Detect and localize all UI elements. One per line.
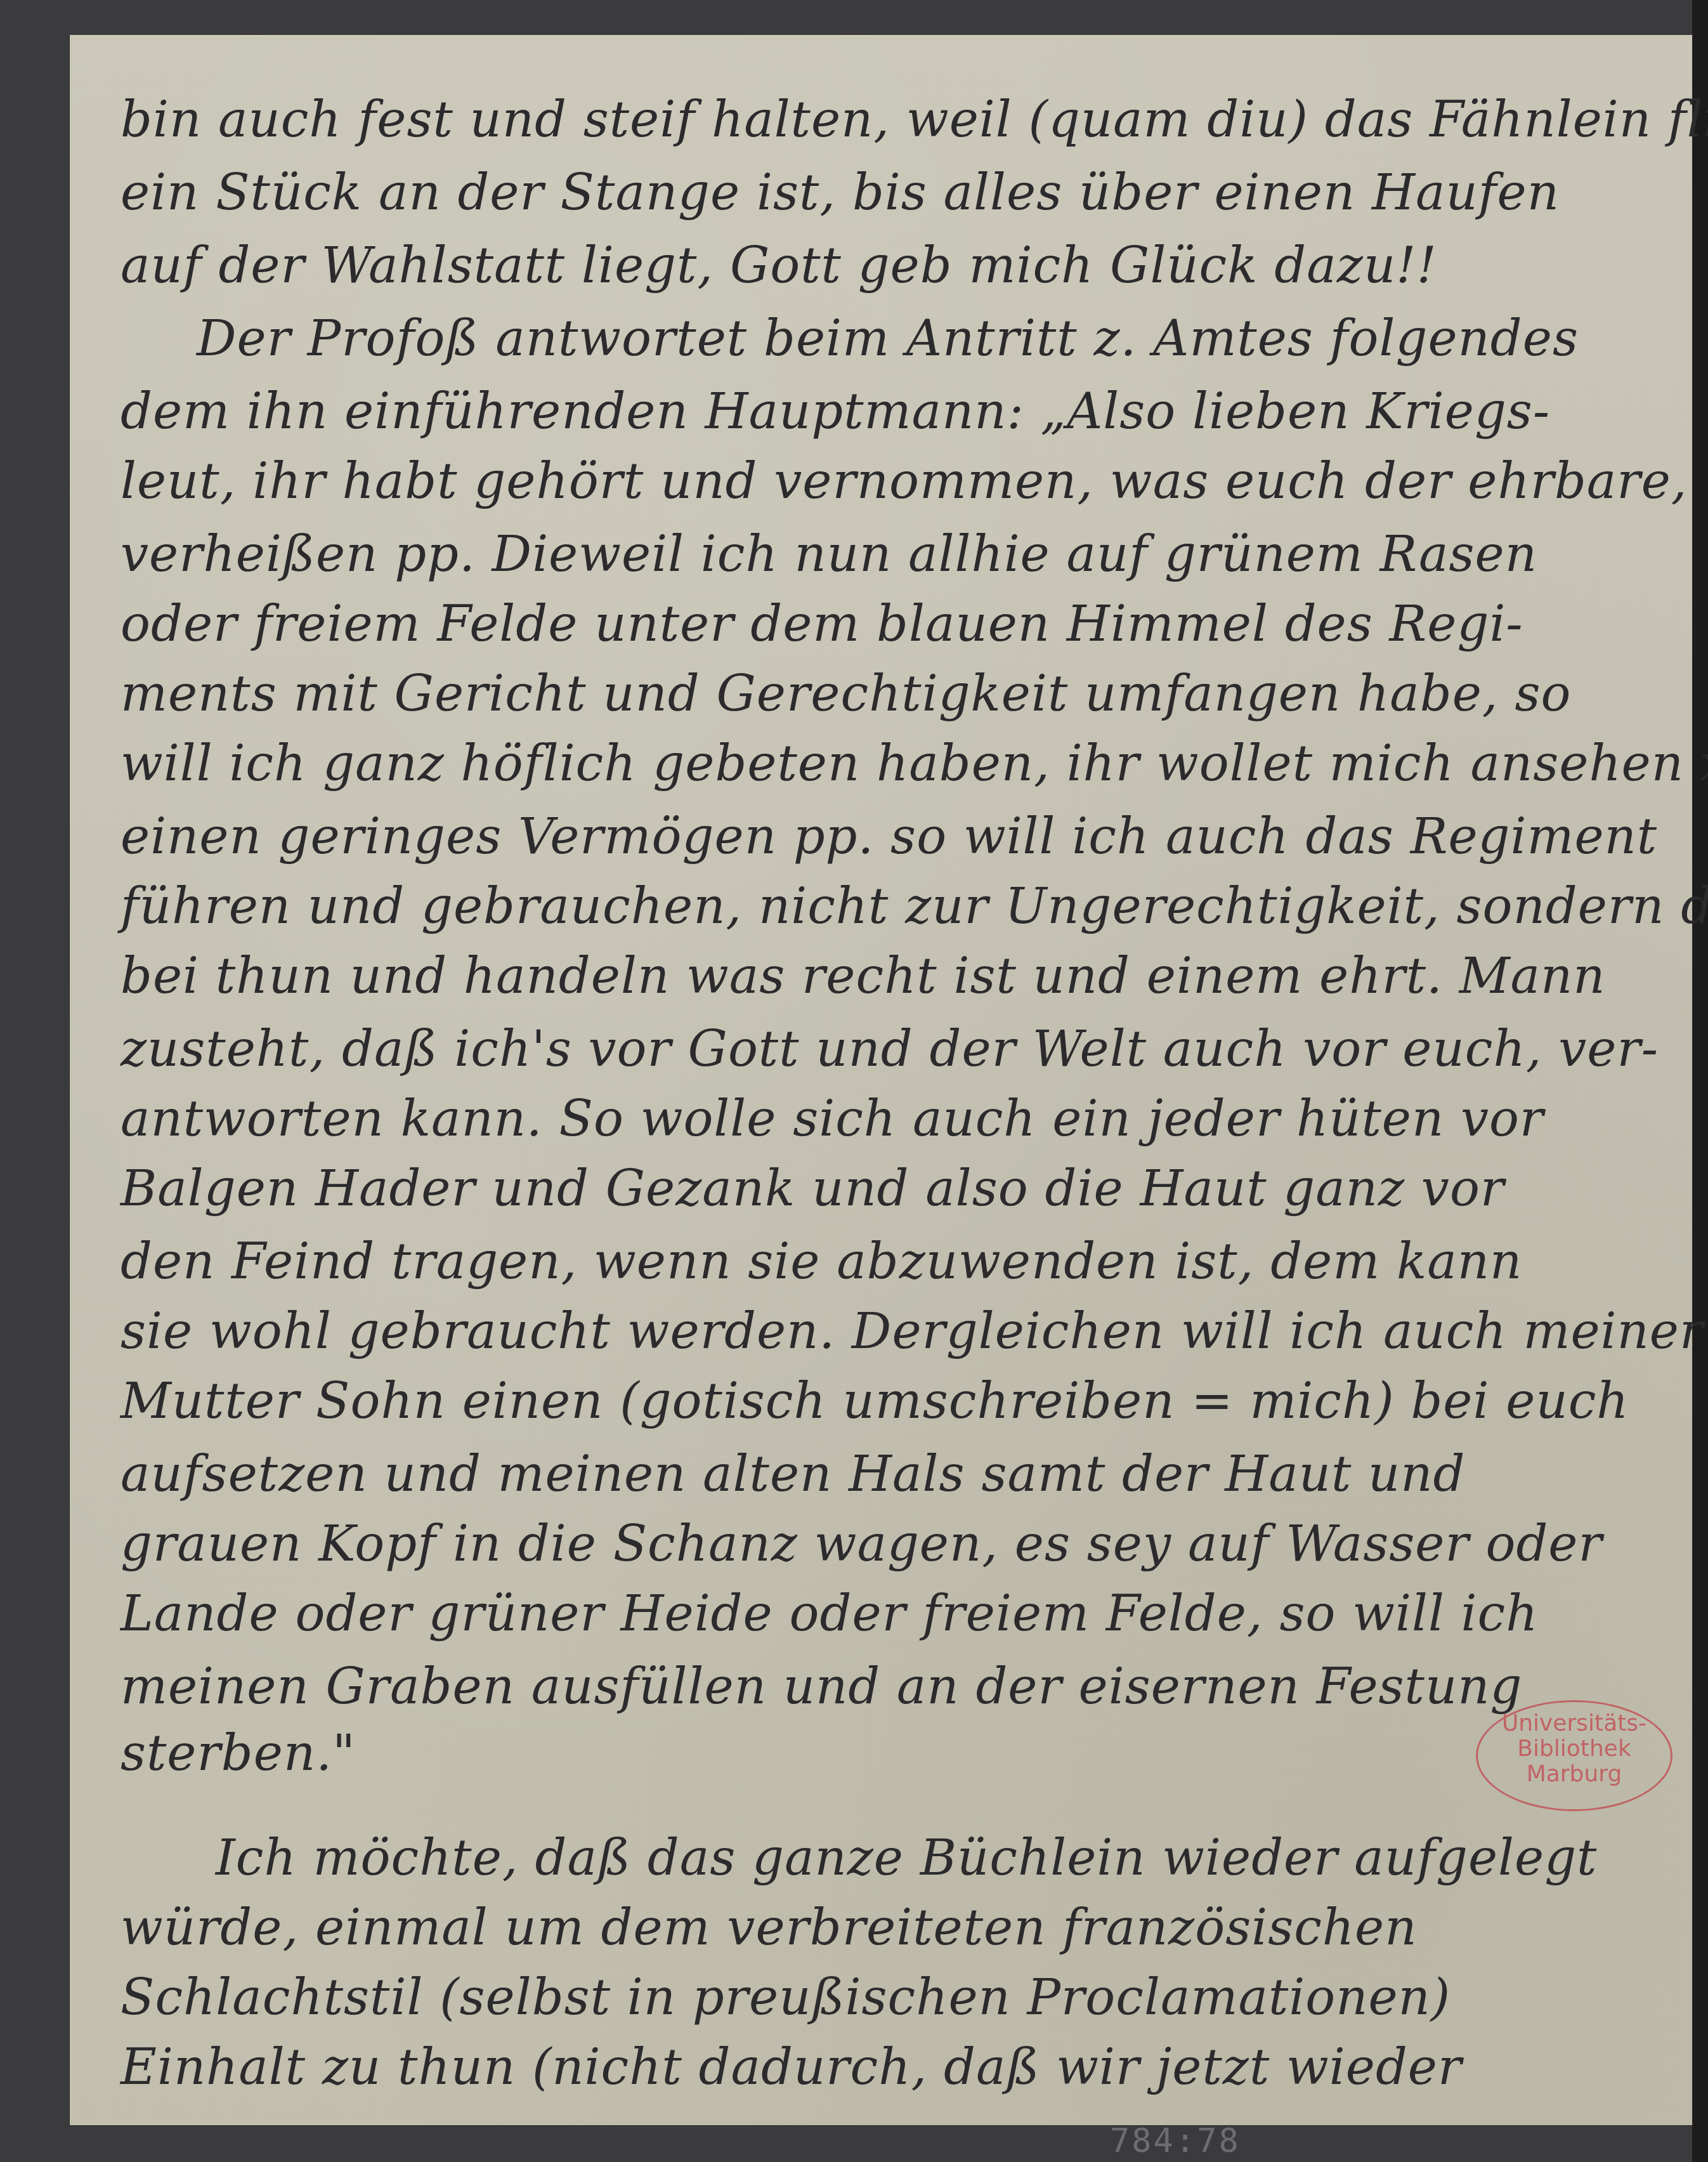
text-line-22: Lande oder grüner Heide oder freiem Feld… [121, 1589, 1539, 1639]
text-line-15: antworten kann. So wolle sich auch ein j… [121, 1094, 1544, 1144]
text-line-26: würde, einmal um dem verbreiteten franzö… [121, 1903, 1418, 1953]
text-line-2: ein Stück an der Stange ist, bis alles ü… [121, 168, 1560, 218]
text-line-23: meinen Graben ausfüllen und an der eiser… [121, 1662, 1522, 1712]
manuscript-page: bin auch fest und steif halten, weil (qu… [70, 35, 1692, 2125]
text-line-3: auf der Wahlstatt liegt, Gott geb mich G… [121, 241, 1437, 291]
text-line-9: ments mit Gericht und Gerechtigkeit umfa… [121, 669, 1571, 719]
text-line-19: Mutter Sohn einen (gotisch umschreiben =… [121, 1377, 1629, 1426]
library-stamp: Universitäts- Bibliothek Marburg [1476, 1700, 1672, 1811]
text-line-14: zusteht, daß ich's vor Gott und der Welt… [121, 1025, 1659, 1074]
text-line-6: leut, ihr habt gehört und vernommen, was… [121, 457, 1688, 506]
text-line-4: Der Profoß antwortet beim Antritt z. Amt… [197, 314, 1579, 364]
text-line-17: den Feind tragen, wenn sie abzuwenden is… [121, 1237, 1522, 1287]
text-line-18: sie wohl gebraucht werden. Dergleichen w… [121, 1307, 1704, 1356]
text-line-13: bei thun und handeln was recht ist und e… [121, 952, 1606, 1001]
text-line-1: bin auch fest und steif halten, weil (qu… [121, 95, 1708, 145]
text-line-8: oder freiem Felde unter dem blauen Himme… [121, 599, 1523, 649]
text-line-25: Ich möchte, daß das ganze Büchlein wiede… [216, 1833, 1597, 1883]
stamp-line-1: Universitäts- [1478, 1711, 1671, 1736]
text-line-7: verheißen pp. Dieweil ich nun allhie auf… [121, 530, 1537, 579]
text-line-16: Balgen Hader und Gezank und also die Hau… [121, 1164, 1504, 1214]
text-line-12: führen und gebrauchen, nicht zur Ungerec… [121, 882, 1708, 931]
text-line-11: einen geringes Vermögen pp. so will ich … [121, 812, 1657, 862]
text-line-20: aufsetzen und meinen alten Hals samt der… [121, 1450, 1466, 1499]
text-line-21: grauen Kopf in die Schanz wagen, es sey … [121, 1519, 1603, 1569]
stamp-line-2: Bibliothek [1478, 1736, 1671, 1762]
stamp-line-3: Marburg [1478, 1762, 1671, 1787]
text-line-27: Schlachtstil (selbst in preußischen Proc… [121, 1973, 1450, 2022]
text-line-10: will ich ganz höflich gebeten haben, ihr… [121, 739, 1708, 789]
text-line-28: Einhalt zu thun (nicht dadurch, daß wir … [121, 2043, 1462, 2092]
text-line-24: sterben." [121, 1729, 356, 1778]
binding-strip [1692, 0, 1708, 2162]
shelf-mark: 784:78 [1110, 2122, 1241, 2160]
text-line-5: dem ihn einführenden Hauptmann: „Also li… [121, 387, 1550, 436]
